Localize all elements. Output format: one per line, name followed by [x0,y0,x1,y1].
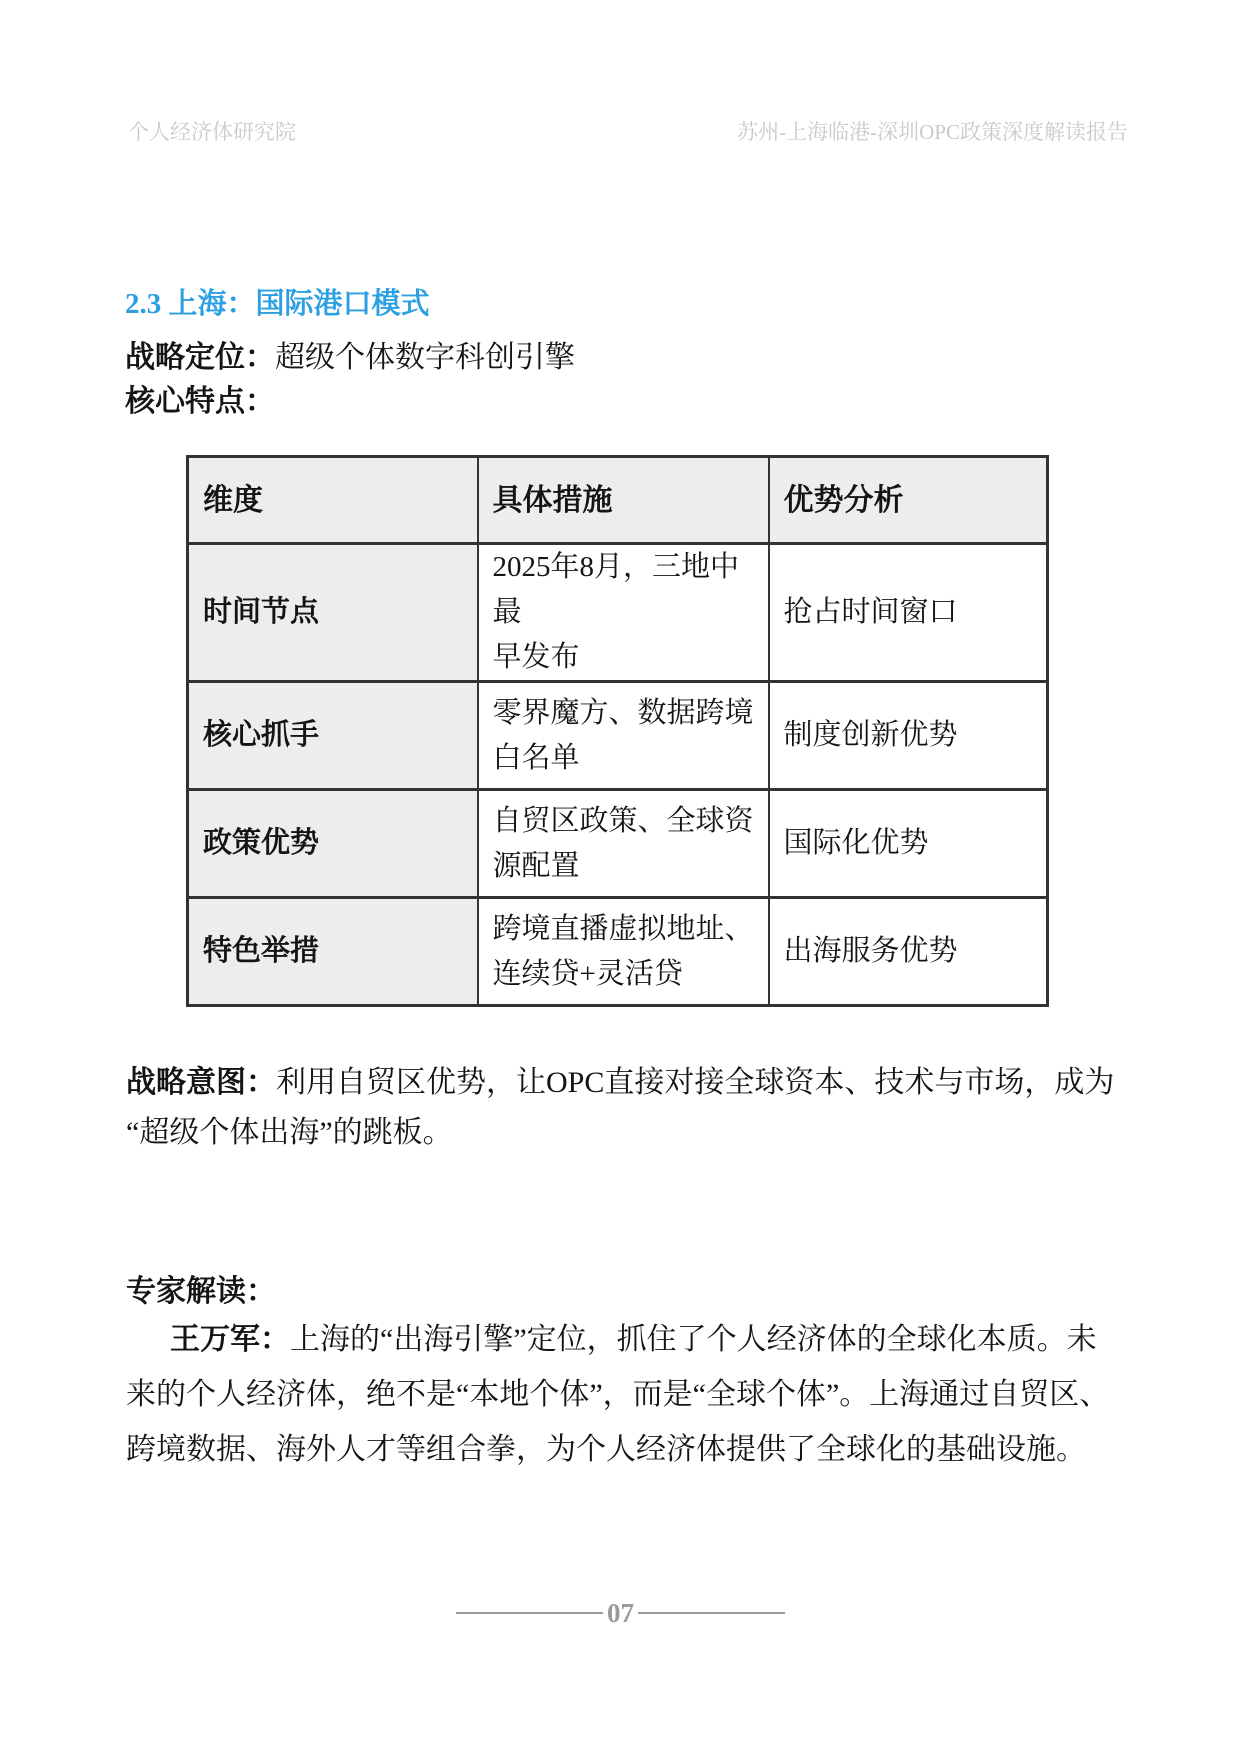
strategy-intent-label: 战略意图： [126,1066,276,1099]
header-institute: 个人经济体研究院 [128,117,296,147]
strategic-position-label: 战略定位： [125,341,275,374]
measures-cell: 跨境直播虚拟地址、连续贷+灵活贷 [478,898,769,1006]
expert-line3: 跨境数据、海外人才等组合拳，为个人经济体提供了全球化的基础设施。 [126,1422,1126,1477]
expert-commentary-heading: 专家解读： [126,1266,276,1310]
strategic-position-value: 超级个体数字科创引擎 [275,341,575,374]
table-row: 政策优势 自贸区政策、全球资源配置 国际化优势 [188,790,1048,898]
page-footer: 07 [0,1598,1241,1628]
table-row: 时间节点 2025年8月，三地中最早发布 抢占时间窗口 [188,544,1048,682]
footer-rule-right [638,1612,785,1614]
column-header-measures: 具体措施 [478,457,769,544]
column-header-dimension: 维度 [188,457,478,544]
strategy-intent-line2: “超级个体出海”的跳板。 [126,1108,1114,1158]
dimension-cell: 政策优势 [188,790,478,898]
header-report-title: 苏州-上海临港-深圳OPC政策深度解读报告 [737,117,1128,147]
column-header-advantage: 优势分析 [769,457,1048,544]
measures-cell: 2025年8月，三地中最早发布 [478,544,769,682]
report-page: 个人经济体研究院 苏州-上海临港-深圳OPC政策深度解读报告 2.3 上海：国际… [0,0,1241,1755]
strategic-position-line: 战略定位：超级个体数字科创引擎 [125,339,575,377]
strategy-intent-line1: 战略意图：利用自贸区优势，让OPC直接对接全球资本、技术与市场，成为 [126,1058,1114,1108]
measures-cell: 零界魔方、数据跨境白名单 [478,682,769,790]
table-header-row: 维度 具体措施 优势分析 [188,457,1048,544]
dimension-cell: 核心抓手 [188,682,478,790]
expert-line2: 来的个人经济体，绝不是“本地个体”，而是“全球个体”。上海通过自贸区、 [126,1367,1126,1422]
table-row: 核心抓手 零界魔方、数据跨境白名单 制度创新优势 [188,682,1048,790]
advantage-cell: 国际化优势 [769,790,1048,898]
expert-speaker-label: 王万军： [170,1323,290,1356]
advantage-cell: 出海服务优势 [769,898,1048,1006]
page-number: 07 [607,1598,634,1628]
advantage-cell: 制度创新优势 [769,682,1048,790]
table-row: 特色举措 跨境直播虚拟地址、连续贷+灵活贷 出海服务优势 [188,898,1048,1006]
footer-rule-left [456,1612,603,1614]
core-features-label: 核心特点： [125,383,275,421]
dimension-cell: 特色举措 [188,898,478,1006]
advantage-cell: 抢占时间窗口 [769,544,1048,682]
section-heading: 2.3 上海：国际港口模式 [125,281,430,322]
measures-cell: 自贸区政策、全球资源配置 [478,790,769,898]
expert-line1: 王万军：上海的“出海引擎”定位，抓住了个人经济体的全球化本质。未 [126,1312,1126,1367]
strategy-intent-paragraph: 战略意图：利用自贸区优势，让OPC直接对接全球资本、技术与市场，成为 “超级个体… [126,1058,1114,1158]
dimension-cell: 时间节点 [188,544,478,682]
features-table: 维度 具体措施 优势分析 时间节点 2025年8月，三地中最早发布 抢占时间窗口… [186,455,1049,1007]
expert-commentary-paragraph: 王万军：上海的“出海引擎”定位，抓住了个人经济体的全球化本质。未 来的个人经济体… [126,1312,1126,1477]
